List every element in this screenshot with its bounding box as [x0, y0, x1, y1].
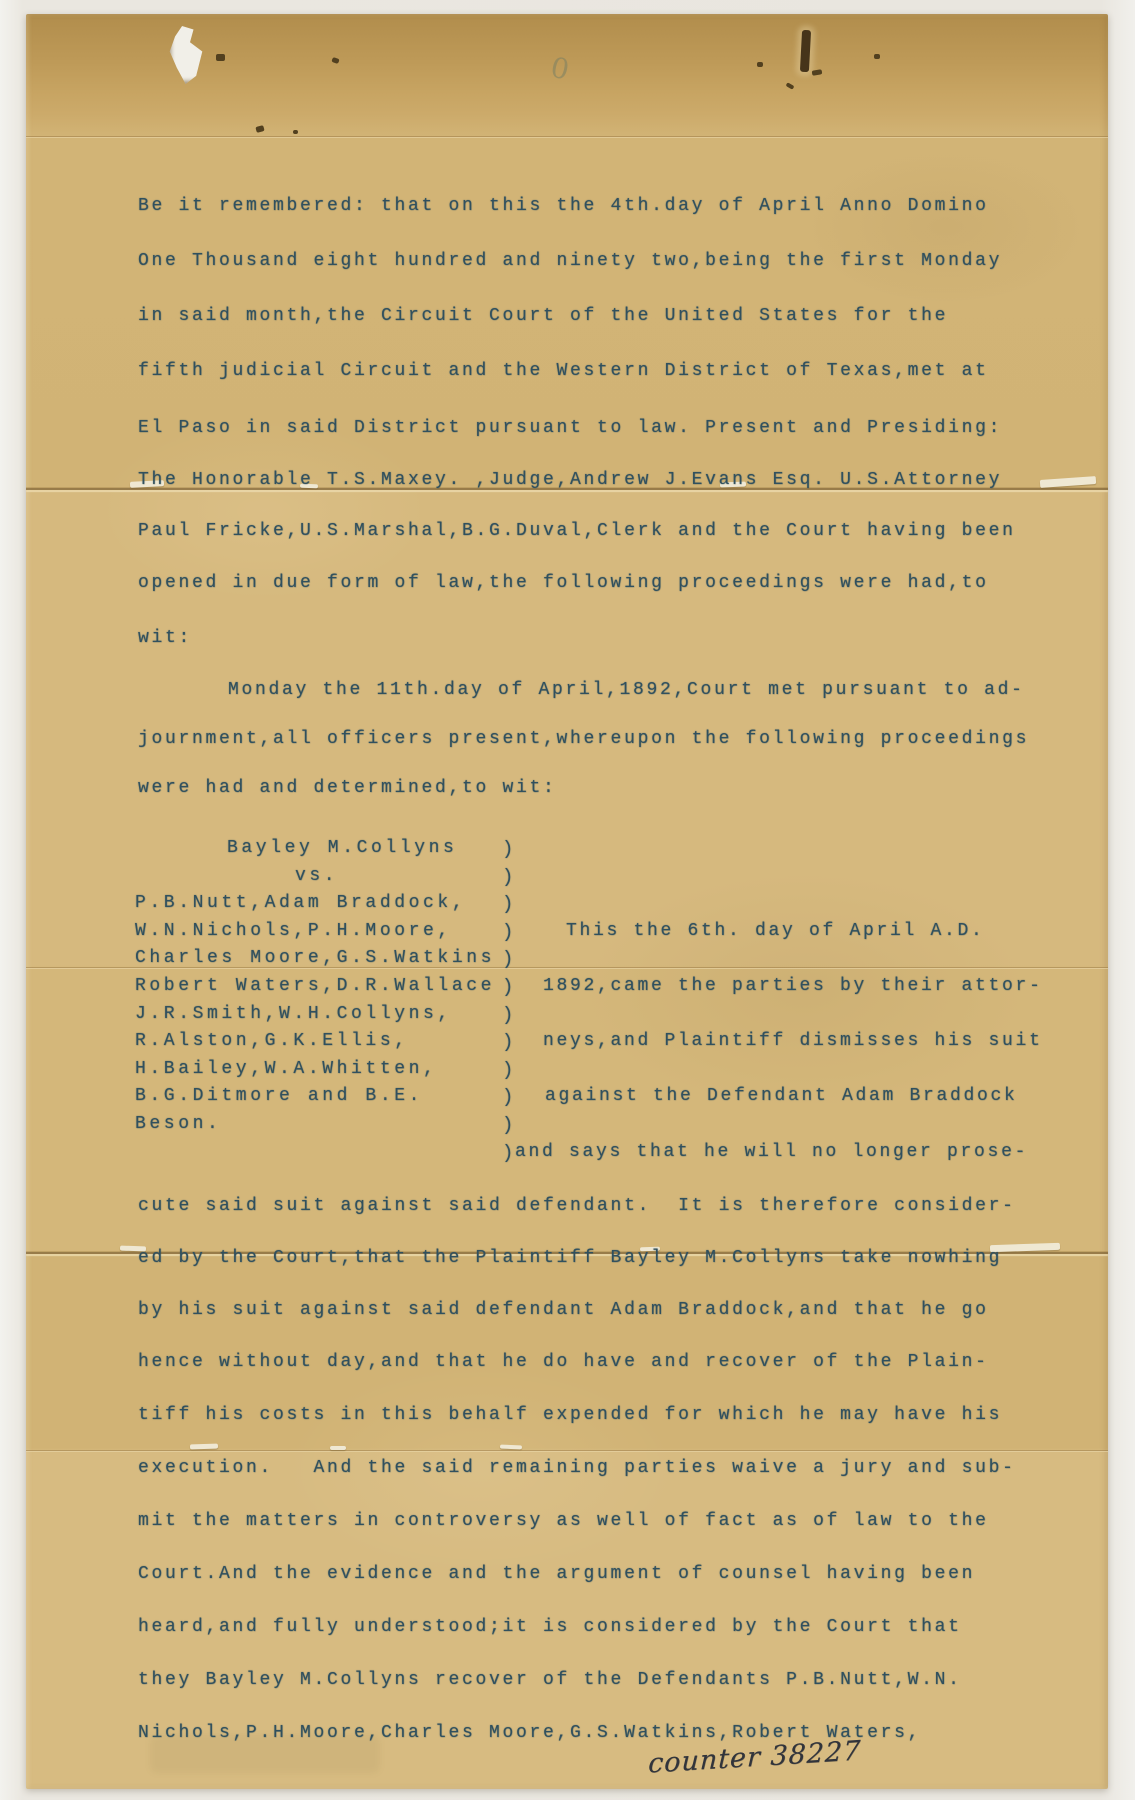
document-line: wit: [138, 628, 192, 648]
caption-bracket: ) [502, 893, 513, 915]
caption-row: R.Alston,G.K.Ellis, ) neys,and Plaintiff… [135, 1031, 1110, 1059]
defendant-names: H.Bailey,W.A.Whitten, [135, 1059, 437, 1079]
caption-bracket: ) [502, 1031, 513, 1053]
document-line: heard,and fully understood;it is conside… [138, 1617, 962, 1637]
document-line: mit the matters in controversy as well o… [138, 1511, 989, 1531]
paper-speck [757, 62, 763, 67]
caption-row: B.G.Ditmore and B.E. ) against the Defen… [135, 1086, 1110, 1114]
defendant-names: Beson. [135, 1114, 221, 1134]
caption-bracket: ) [502, 866, 513, 888]
defendant-names: B.G.Ditmore and B.E. [135, 1086, 423, 1106]
order-text-line: 1892,came the parties by their attor- [543, 976, 1043, 996]
order-text-line: neys,and Plaintiff dismisses his suit [543, 1031, 1043, 1051]
document-line: fifth judicial Circuit and the Western D… [138, 361, 989, 381]
caption-bracket: ) [502, 1004, 513, 1026]
document-line: El Paso in said District pursuant to law… [138, 418, 1002, 438]
document-line: One Thousand eight hundred and ninety tw… [138, 251, 1002, 271]
document-line: The Honorable T.S.Maxey. ,Judge,Andrew J… [138, 470, 1002, 490]
fold-crease [26, 136, 1108, 137]
caption-bracket: ) [502, 1114, 513, 1136]
order-text-line: This the 6th. day of April A.D. [566, 921, 985, 941]
order-text-line: and says that he will no longer prose- [515, 1142, 1028, 1162]
defendant-names: P.B.Nutt,Adam Braddock, [135, 893, 466, 913]
plaintiff-name: Bayley M.Collyns [227, 838, 457, 858]
caption-row: H.Bailey,W.A.Whitten, ) [135, 1059, 1110, 1087]
caption-bracket: ) [502, 1142, 513, 1164]
document-line: in said month,the Circuit Court of the U… [138, 306, 948, 326]
defendant-names: Robert Waters,D.R.Wallace [135, 976, 495, 996]
paper-speck [216, 54, 225, 61]
caption-bracket: ) [502, 838, 513, 860]
caption-row: ) and says that he will no longer prose- [135, 1142, 1110, 1170]
caption-bracket: ) [502, 948, 513, 970]
document-line: execution. And the said remaining partie… [138, 1458, 1016, 1478]
defendant-names: J.R.Smith,W.H.Collyns, [135, 1004, 452, 1024]
caption-row: P.B.Nutt,Adam Braddock, ) [135, 893, 1110, 921]
paper-speck [874, 54, 880, 59]
caption-row: Robert Waters,D.R.Wallace ) 1892,came th… [135, 976, 1110, 1004]
tear-chip [330, 1446, 346, 1450]
caption-row: J.R.Smith,W.H.Collyns, ) [135, 1004, 1110, 1032]
document-line: they Bayley M.Collyns recover of the Def… [138, 1670, 962, 1690]
caption-row: Beson. ) [135, 1114, 1110, 1142]
caption-bracket: ) [502, 1059, 513, 1081]
document-line: Be it remembered: that on this the 4th.d… [138, 196, 989, 216]
order-text-line: against the Defendant Adam Braddock [545, 1086, 1018, 1106]
document-line: hence without day,and that he do have an… [138, 1352, 989, 1372]
caption-bracket: ) [502, 976, 513, 998]
tear-chip [500, 1445, 522, 1450]
defendant-names: Charles Moore,G.S.Watkins [135, 948, 495, 968]
document-line: were had and determined,to wit: [138, 778, 557, 798]
document-line: cute said suit against said defendant. I… [138, 1196, 1016, 1216]
document-line: Monday the 11th.day of April,1892,Court … [228, 680, 1025, 700]
caption-bracket: ) [502, 921, 513, 943]
caption-bracket: ) [502, 1086, 513, 1108]
paper-speck [293, 130, 298, 134]
caption-row: Charles Moore,G.S.Watkins ) [135, 948, 1110, 976]
caption-row: vs. ) [135, 866, 1110, 894]
fold-crease [26, 1450, 1108, 1451]
document-line: ed by the Court,that the Plaintiff Bayle… [138, 1248, 1002, 1268]
versus-label: vs. [295, 866, 338, 886]
defendant-names: R.Alston,G.K.Ellis, [135, 1031, 409, 1051]
document-line: tiff his costs in this behalf expended f… [138, 1405, 1002, 1425]
document-line: Paul Fricke,U.S.Marshal,B.G.Duval,Clerk … [138, 521, 1016, 541]
defendant-names: W.N.Nichols,P.H.Moore, [135, 921, 452, 941]
caption-row: Bayley M.Collyns ) [135, 838, 1110, 866]
tear-chip [190, 1444, 218, 1450]
document-line: Court.And the evidence and the argument … [138, 1564, 975, 1584]
scanned-document-page: 0 Be it remembered: that on this the 4th… [0, 0, 1135, 1800]
document-line: journment,all officers present,whereupon… [138, 729, 1029, 749]
document-line: opened in due form of law,the following … [138, 573, 989, 593]
document-line: by his suit against said defendant Adam … [138, 1300, 989, 1320]
caption-row: W.N.Nichols,P.H.Moore, ) This the 6th. d… [135, 921, 1110, 949]
